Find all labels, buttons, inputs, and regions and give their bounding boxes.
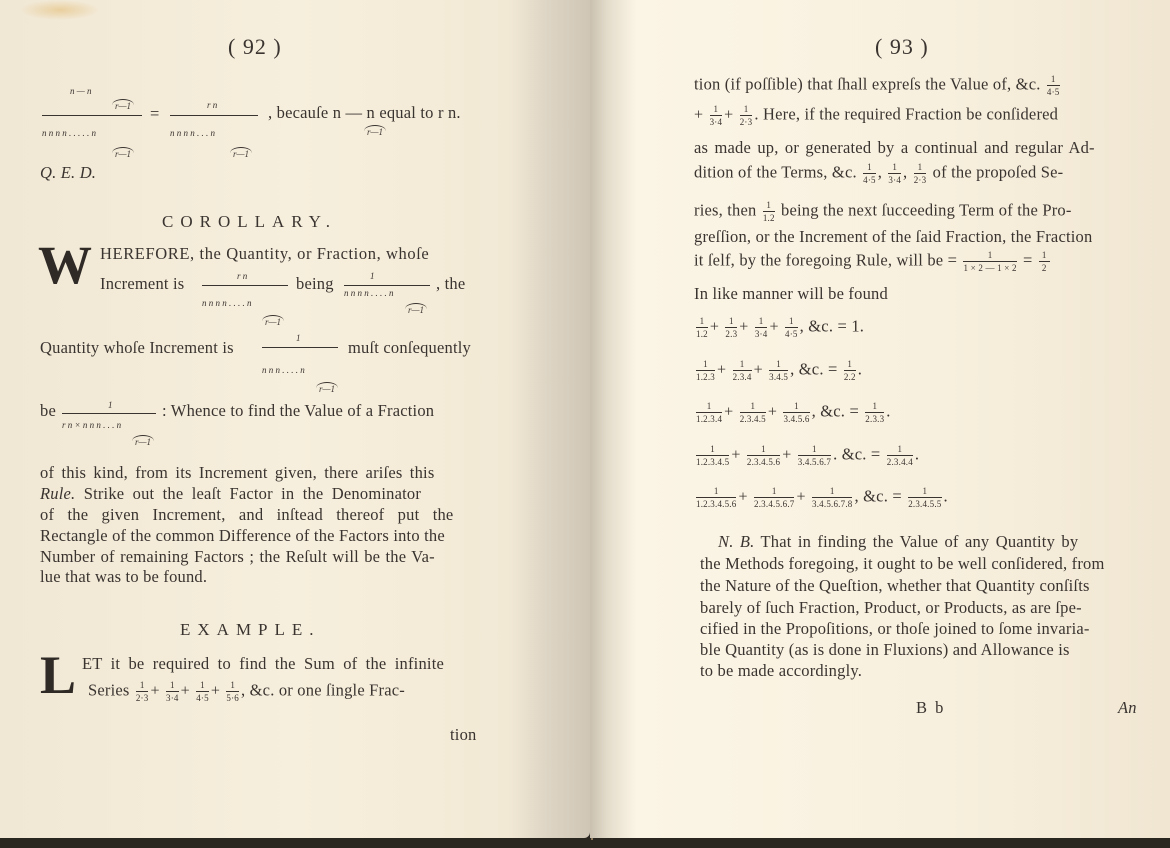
rule-label: Rule.	[40, 484, 75, 503]
nb-label: N. B.	[718, 532, 754, 551]
equation-row: 11.2+ 12.3+ 13·4+ 14·5, &c. = 1.	[694, 316, 864, 339]
equals-sign: =	[150, 104, 160, 124]
corollary-line: Rule. Strike out the leaſt Factor in the…	[40, 484, 421, 504]
eq-rhs-denominator: n n n n . . . n	[170, 128, 215, 138]
eq-tail-arc: r—1	[364, 122, 386, 140]
corollary-line: muſt conſequently	[348, 338, 471, 358]
page-number: ( 93 )	[875, 34, 929, 60]
fraction: 13·4	[888, 162, 901, 185]
corollary-line: be	[40, 401, 56, 421]
text-line: + 13·4+ 12·3. Here, if the required Frac…	[694, 104, 1058, 127]
text-line: tion (if poſſible) that ſhall expreſs th…	[694, 74, 1062, 97]
fraction-bar	[262, 347, 338, 348]
catchword: An	[1118, 698, 1137, 718]
frac-num: r n	[237, 271, 247, 281]
corollary-line: Rectangle of the common Difference of th…	[40, 526, 445, 546]
nb-line: N. B. That in finding the Value of any Q…	[718, 532, 1078, 552]
drop-cap: L	[40, 648, 76, 702]
equation-row: 11.2.3.4+ 12.3.4.5+ 13.4.5.6, &c. = 12.3…	[694, 401, 891, 424]
eq-lhs-denominator: n n n n . . . . . n	[42, 128, 96, 138]
corollary-line: , the	[436, 274, 465, 294]
fraction: 12·3	[740, 104, 753, 127]
nb-line: the Methods foregoing, it ought to be we…	[700, 554, 1105, 574]
frac-num: 1	[296, 333, 301, 343]
nb-line: barely of ſuch Fraction, Product, or Pro…	[700, 598, 1082, 618]
equation-row: 11.2.3.4.5+ 12.3.4.5.6+ 13.4.5.6.7. &c. …	[694, 444, 919, 467]
frac-arc: r—1	[262, 312, 284, 330]
corollary-line: of this kind, from its Increment given, …	[40, 463, 434, 483]
right-page: ( 93 ) tion (if poſſible) that ſhall exp…	[590, 0, 1170, 838]
frac-num: 1	[370, 271, 375, 281]
corollary-line: Quantity whoſe Increment is	[40, 338, 234, 358]
corollary-line: : Whence to find the Value of a Fraction	[162, 401, 434, 421]
signature-mark: B b	[916, 698, 945, 718]
equation-row: 11.2.3+ 12.3.4+ 13.4.5, &c. = 12.2.	[694, 359, 862, 382]
frac-den: n n n n . . . . n	[344, 288, 394, 298]
nb-line: to be made accordingly.	[700, 661, 862, 681]
fraction: 13·4	[710, 104, 723, 127]
eq-lhs-numerator-arc: r—1	[112, 96, 134, 114]
fraction-bar	[42, 115, 142, 116]
corollary-line: Increment is	[100, 274, 184, 294]
fraction: 12	[1039, 250, 1050, 273]
fraction: 14·5	[196, 680, 209, 703]
text-line: it ſelf, by the foregoing Rule, will be …	[694, 250, 1052, 273]
left-page: ( 92 ) n — n r—1 n n n n . . . . . n r—1…	[0, 0, 590, 838]
nb-line: the Nature of the Queſtion, whether that…	[700, 576, 1090, 596]
fraction: 12·3	[914, 162, 927, 185]
frac-arc: r—1	[132, 432, 154, 450]
corollary-line: Number of remaining Factors ; the Reſult…	[40, 547, 435, 567]
fraction-bar	[62, 413, 156, 414]
example-heading: EXAMPLE.	[180, 620, 321, 640]
frac-num: 1	[108, 400, 113, 410]
fraction-bar	[170, 115, 258, 116]
frac-den: r n × n n n . . . n	[62, 420, 121, 430]
catchword: tion	[450, 725, 476, 745]
text-line: ries, then 11.2 being the next ſucceedin…	[694, 200, 1072, 223]
fraction-bar	[202, 285, 288, 286]
corollary-line: of the given Increment, and inſtead ther…	[40, 505, 453, 525]
corollary-line: HEREFORE, the Quantity, or Fraction, who…	[100, 244, 429, 264]
drop-cap: W	[38, 238, 92, 292]
fraction-bar	[344, 285, 430, 286]
text-line: dition of the Terms, &c. 14·5, 13·4, 12·…	[694, 162, 1063, 185]
fraction: 12·3	[136, 680, 149, 703]
eq-explanation: , becauſe n — n equal to r n.	[268, 103, 461, 123]
frac-den: n n n n . . . . n	[202, 298, 252, 308]
corollary-line: being	[296, 274, 334, 294]
fraction: 11 × 2 — 1 × 2	[963, 250, 1016, 273]
eq-rhs-den-arc: r—1	[230, 144, 252, 162]
eq-lhs-numerator-top: n — n	[70, 86, 92, 96]
fraction: 14·5	[1047, 74, 1060, 97]
eq-rhs-numerator: r n	[207, 100, 217, 110]
frac-arc: r—1	[316, 379, 338, 397]
nb-line: cified in the Propoſitions, or thoſe joi…	[700, 619, 1090, 639]
fraction: 14·5	[863, 162, 876, 185]
corollary-heading: COROLLARY.	[162, 212, 337, 232]
text-line: greſſion, or the Increment of the ſaid F…	[694, 227, 1092, 247]
example-line: Series 12·3+ 13·4+ 14·5+ 15·6, &c. or on…	[88, 680, 405, 703]
page-stain	[20, 0, 100, 20]
nb-line: ble Quantity (as is done in Fluxions) an…	[700, 640, 1070, 660]
frac-den: n n n . . . . n	[262, 365, 305, 375]
equation-row: 11.2.3.4.5.6+ 12.3.4.5.6.7+ 13.4.5.6.7.8…	[694, 486, 948, 509]
eq-lhs-den-arc: r—1	[112, 144, 134, 162]
text-line: as made up, or generated by a continual …	[694, 138, 1095, 158]
fraction: 11.2	[763, 200, 775, 223]
example-line: ET it be required to find the Sum of the…	[82, 654, 444, 674]
fraction: 13·4	[166, 680, 179, 703]
corollary-line: lue that was to be found.	[40, 567, 207, 587]
fraction: 15·6	[226, 680, 239, 703]
qed: Q. E. D.	[40, 163, 96, 183]
page-number: ( 92 )	[228, 34, 282, 60]
text-line: In like manner will be found	[694, 284, 888, 304]
frac-arc: r—1	[405, 300, 427, 318]
